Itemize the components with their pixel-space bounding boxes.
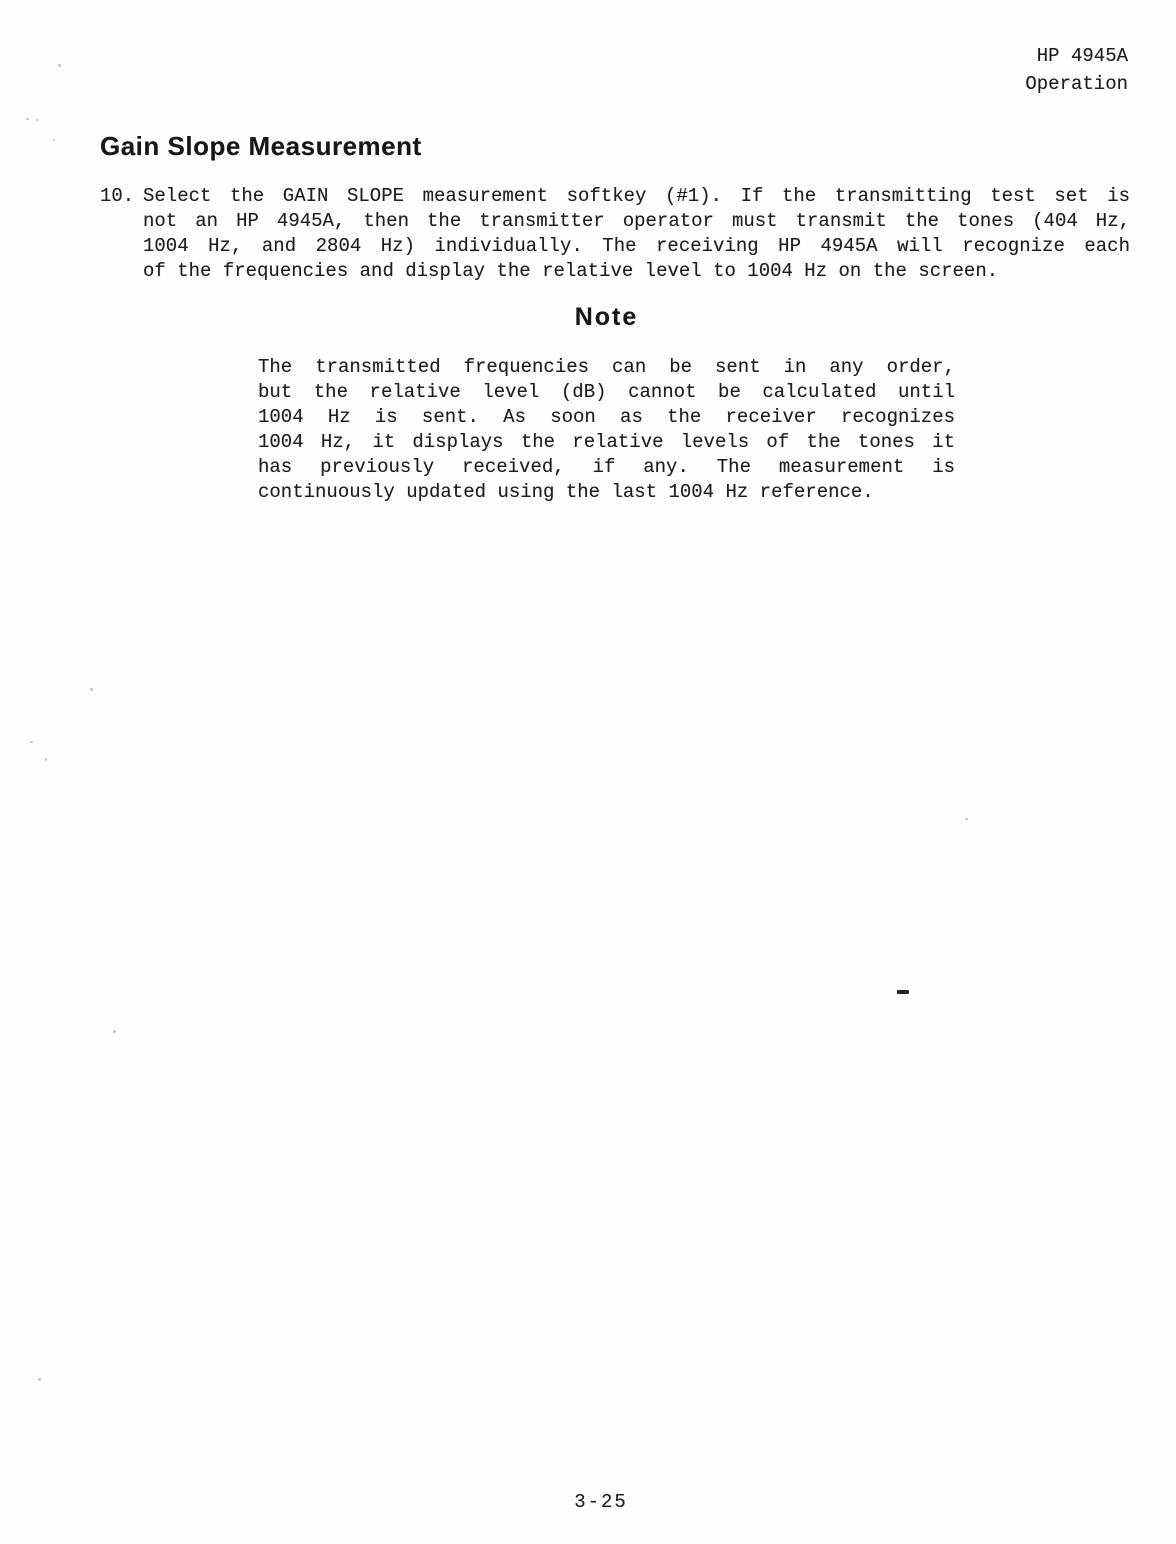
header-model: HP 4945A <box>1025 42 1128 70</box>
stray-ink-mark <box>897 990 909 994</box>
step-number: 10. <box>100 184 143 284</box>
step-text: Select the GAIN SLOPE measurement softke… <box>143 184 1130 284</box>
step-text-line: of the frequencies and display the relat… <box>143 259 1130 284</box>
note-line: continuously updated using the last 1004… <box>258 480 955 505</box>
scan-speck <box>30 741 33 743</box>
scan-speck <box>965 818 968 820</box>
header-section: Operation <box>1025 70 1128 98</box>
scan-speck <box>53 139 55 141</box>
note-line: 1004 Hz, it displays the relative levels… <box>258 430 955 455</box>
scan-speck <box>113 1030 116 1033</box>
page-header: HP 4945A Operation <box>1025 42 1128 98</box>
step-text-line: not an HP 4945A, then the transmitter op… <box>143 209 1130 234</box>
scan-speck <box>38 1378 41 1381</box>
step-text-line: 1004 Hz, and 2804 Hz) individually. The … <box>143 234 1130 259</box>
note-line: but the relative level (dB) cannot be ca… <box>258 380 955 405</box>
scan-speck <box>58 64 61 67</box>
note-paragraph: The transmitted frequencies can be sent … <box>258 355 955 505</box>
scan-speck <box>45 758 47 761</box>
section-title: Gain Slope Measurement <box>100 131 422 162</box>
step-text-line: Select the GAIN SLOPE measurement softke… <box>143 184 1130 209</box>
note-line: 1004 Hz is sent. As soon as the receiver… <box>258 405 955 430</box>
note-title: Note <box>258 303 955 332</box>
note-line: The transmitted frequencies can be sent … <box>258 355 955 380</box>
page-number: 3-25 <box>574 1490 628 1515</box>
scan-speck <box>26 118 29 120</box>
note-line: has previously received, if any. The mea… <box>258 455 955 480</box>
scan-speck <box>90 688 93 691</box>
step-10: 10. Select the GAIN SLOPE measurement so… <box>100 184 1130 284</box>
scanned-manual-page: HP 4945A Operation Gain Slope Measuremen… <box>0 0 1176 1544</box>
page-footer: 3-25 <box>0 1490 1176 1515</box>
scan-speck <box>36 119 38 121</box>
